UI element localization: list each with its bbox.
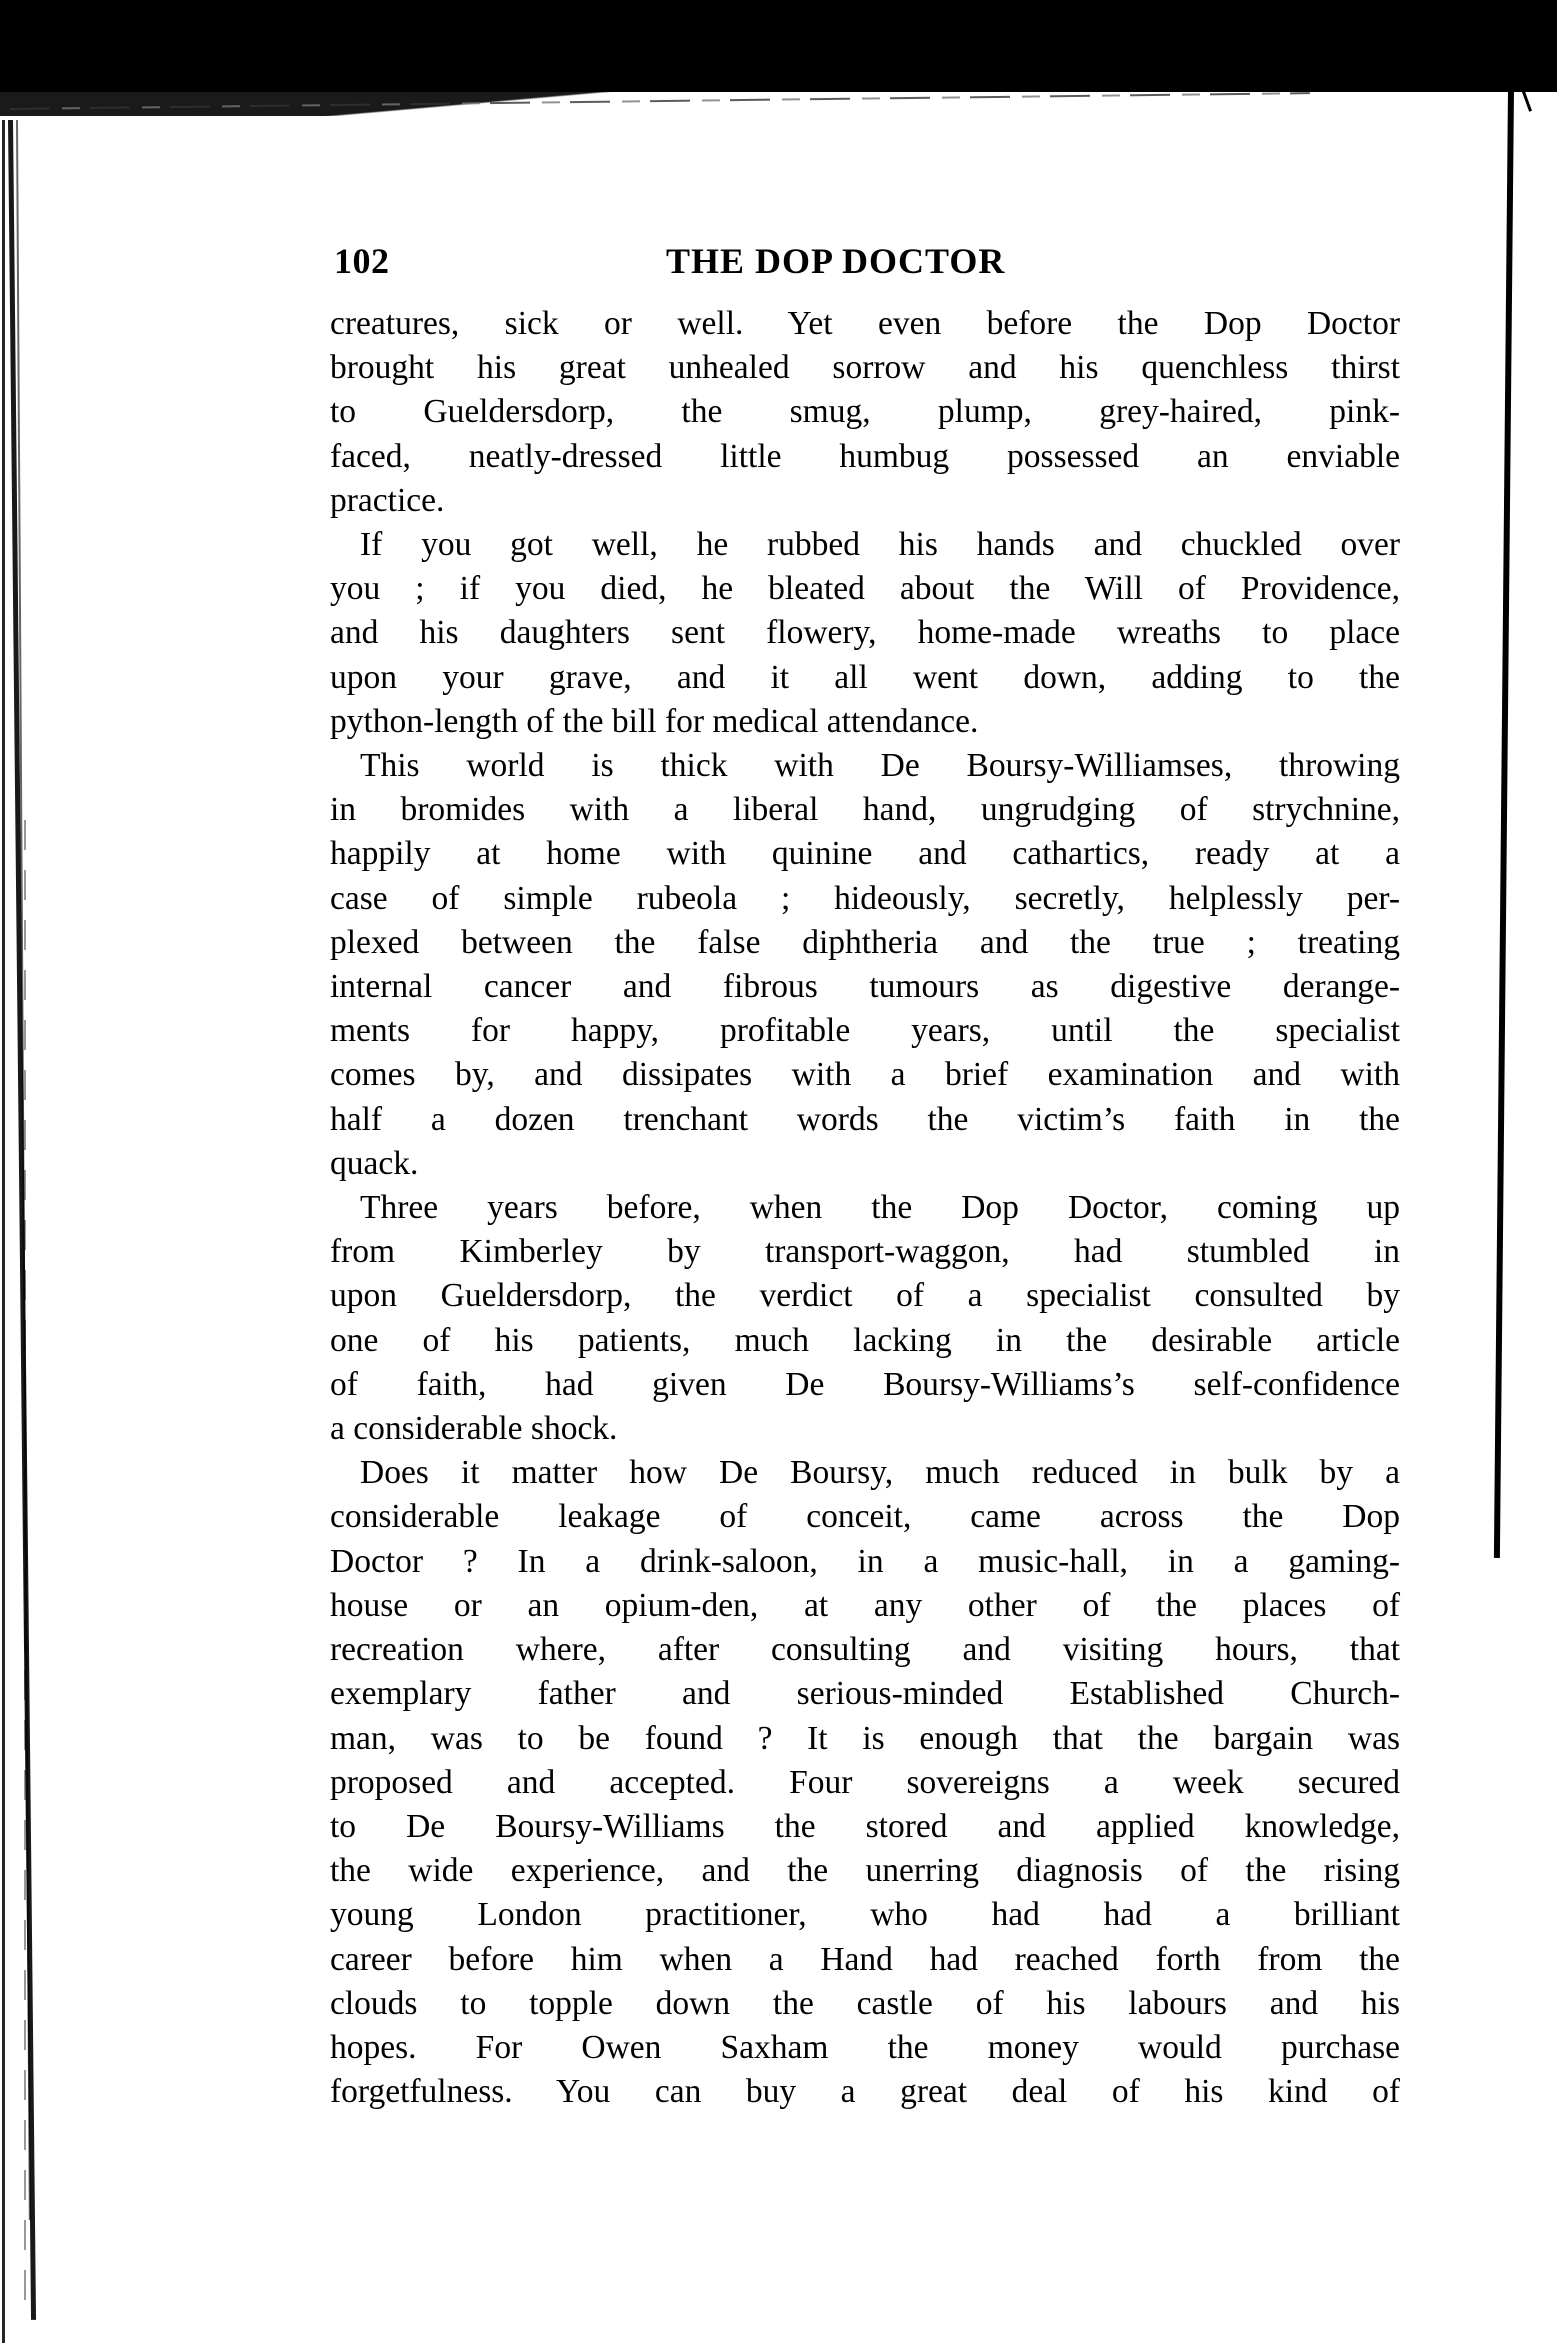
text-line: the wide experience, and the unerring di…: [330, 1849, 1400, 1893]
text-line: from Kimberley by transport-waggon, had …: [330, 1230, 1400, 1274]
binding-line: [24, 820, 26, 2320]
running-head: 102 THE DOP DOCTOR: [330, 240, 1400, 300]
book-page: 102 THE DOP DOCTOR creatures, sick or we…: [330, 240, 1400, 2114]
text-line: forgetfulness. You can buy a great deal …: [330, 2070, 1400, 2114]
text-line: to Gueldersdorp, the smug, plump, grey-h…: [330, 390, 1400, 434]
text-line: exemplary father and serious-minded Esta…: [330, 1672, 1400, 1716]
text-line: If you got well, he rubbed his hands and…: [330, 523, 1400, 567]
text-line: brought his great unhealed sorrow and hi…: [330, 346, 1400, 390]
text-line: upon your grave, and it all went down, a…: [330, 656, 1400, 700]
text-line: practice.: [330, 479, 1400, 523]
running-title: THE DOP DOCTOR: [666, 240, 1005, 282]
text-line: python-length of the bill for medical at…: [330, 700, 1400, 744]
body-text: creatures, sick or well. Yet even before…: [330, 302, 1400, 2114]
text-line: internal cancer and fibrous tumours as d…: [330, 965, 1400, 1009]
text-line: one of his patients, much lacking in the…: [330, 1319, 1400, 1363]
paragraph: If you got well, he rubbed his hands and…: [330, 523, 1400, 744]
text-line: Three years before, when the Dop Doctor,…: [330, 1186, 1400, 1230]
text-line: upon Gueldersdorp, the verdict of a spec…: [330, 1274, 1400, 1318]
text-line: half a dozen trenchant words the victim’…: [330, 1098, 1400, 1142]
text-line: Does it matter how De Boursy, much reduc…: [330, 1451, 1400, 1495]
text-line: happily at home with quinine and cathart…: [330, 832, 1400, 876]
text-line: proposed and accepted. Four sovereigns a…: [330, 1761, 1400, 1805]
text-line: comes by, and dissipates with a brief ex…: [330, 1053, 1400, 1097]
page-number: 102: [334, 240, 390, 282]
paragraph: Does it matter how De Boursy, much reduc…: [330, 1451, 1400, 2114]
text-line: clouds to topple down the castle of his …: [330, 1982, 1400, 2026]
text-line: to De Boursy-Williams the stored and app…: [330, 1805, 1400, 1849]
text-line: ments for happy, profitable years, until…: [330, 1009, 1400, 1053]
text-line: plexed between the false diphtheria and …: [330, 921, 1400, 965]
binding-line: [2, 120, 5, 2343]
text-line: hopes. For Owen Saxham the money would p…: [330, 2026, 1400, 2070]
text-line: man, was to be found ? It is enough that…: [330, 1717, 1400, 1761]
text-line: case of simple rubeola ; hideously, secr…: [330, 877, 1400, 921]
text-line: young London practitioner, who had had a…: [330, 1893, 1400, 1937]
text-line: house or an opium-den, at any other of t…: [330, 1584, 1400, 1628]
paragraph: creatures, sick or well. Yet even before…: [330, 302, 1400, 523]
text-line: This world is thick with De Boursy-Willi…: [330, 744, 1400, 788]
text-line: faced, neatly-dressed little humbug poss…: [330, 435, 1400, 479]
scanner-shadow: [0, 86, 1557, 116]
text-line: creatures, sick or well. Yet even before…: [330, 302, 1400, 346]
text-line: and his daughters sent flowery, home-mad…: [330, 611, 1400, 655]
text-line: you ; if you died, he bleated about the …: [330, 567, 1400, 611]
text-line: of faith, had given De Boursy-Williams’s…: [330, 1363, 1400, 1407]
text-line: career before him when a Hand had reache…: [330, 1938, 1400, 1982]
text-line: considerable leakage of conceit, came ac…: [330, 1495, 1400, 1539]
page-edge-right: [1494, 88, 1514, 1558]
scanner-border-top: [0, 0, 1557, 92]
text-line: quack.: [330, 1142, 1400, 1186]
text-line: recreation where, after consulting and v…: [330, 1628, 1400, 1672]
text-line: in bromides with a liberal hand, ungrudg…: [330, 788, 1400, 832]
text-line: a considerable shock.: [330, 1407, 1400, 1451]
paragraph: Three years before, when the Dop Doctor,…: [330, 1186, 1400, 1451]
binding-edge-left: [0, 120, 50, 2343]
text-line: Doctor ? In a drink-saloon, in a music-h…: [330, 1540, 1400, 1584]
paragraph: This world is thick with De Boursy-Willi…: [330, 744, 1400, 1186]
